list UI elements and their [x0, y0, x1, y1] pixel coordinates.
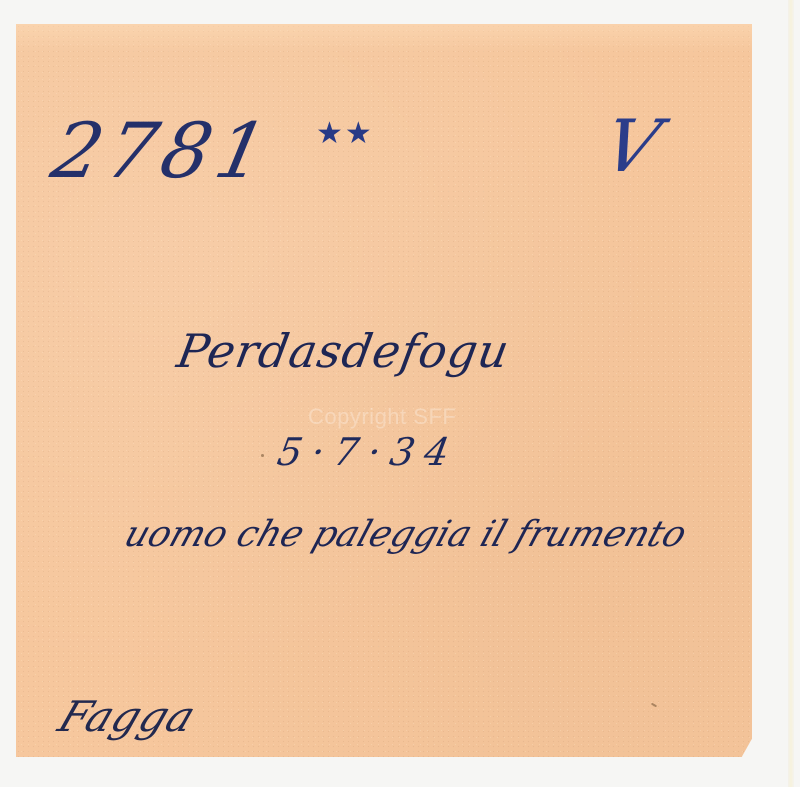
backing-board-edge — [788, 0, 794, 787]
card-top-fold — [16, 24, 752, 52]
place-name: Perdasdefogu — [173, 324, 514, 378]
catalog-card: 2781 ★★ V Perdasdefogu Copyright SFF 5·7… — [16, 24, 752, 757]
paper-speck — [651, 703, 657, 708]
catalog-number: 2781 — [45, 106, 281, 195]
date: 5·7·34 — [274, 430, 463, 474]
signature: Fagga — [52, 692, 202, 741]
photo-description: uomo che paleggia il frumento — [119, 514, 691, 555]
paper-speck — [261, 454, 264, 457]
star-marks-icon: ★★ — [316, 116, 374, 151]
category-letter: V — [596, 104, 669, 188]
copyright-watermark: Copyright SFF — [308, 404, 456, 430]
